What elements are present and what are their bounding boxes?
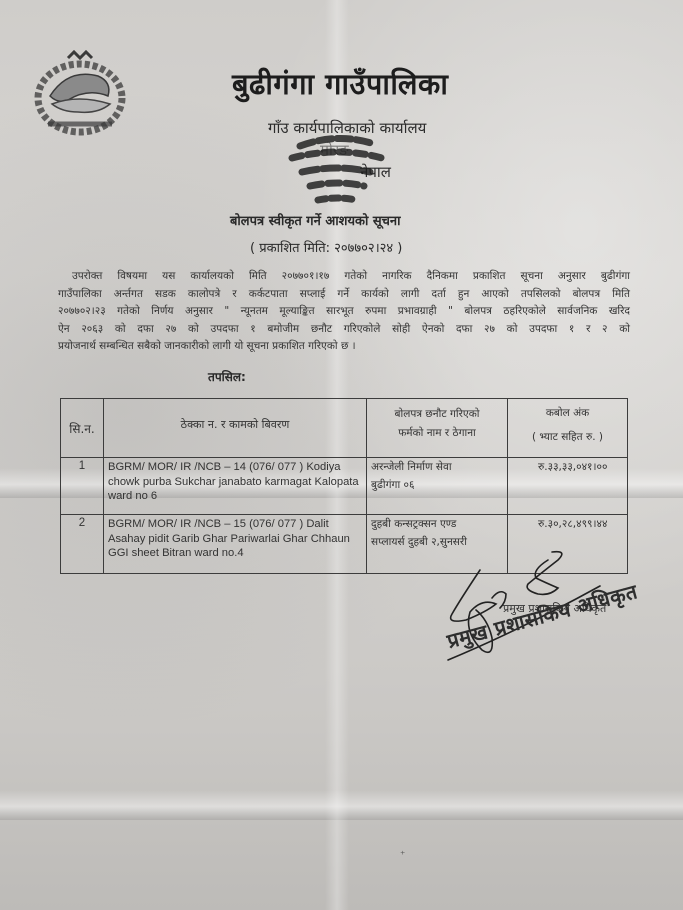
contracts-table: सि.न. ठेक्का न. र कामको बिवरण बोलपत्र छन…	[60, 398, 628, 574]
paper-speck: ⁺	[400, 850, 405, 861]
header-selected-firm: बोलपत्र छनौट गरिएको फर्मको नाम र ठेगाना	[367, 399, 508, 458]
nepal-government-emblem-icon	[28, 48, 132, 140]
cell-contract-description: BGRM/ MOR/ IR /NCB – 15 (076/ 077 ) Dali…	[104, 515, 367, 574]
notice-title: बोलपत्र स्वीकृत गर्ने आशयको सूचना	[230, 211, 401, 229]
notice-body-line: २०७७०२।२३ गतेको निर्णय अनुसार " न्यूनतम …	[58, 303, 630, 321]
cell-bid-amount: रु.३३,३३,०४१।००	[508, 458, 628, 515]
header-contract-description: ठेक्का न. र कामको बिवरण	[104, 399, 367, 458]
schedule-label: तपसिल:	[208, 368, 246, 385]
header-serial-number: सि.न.	[61, 399, 104, 458]
cell-serial-number: 2	[61, 515, 104, 574]
paper-fold-crease	[0, 790, 683, 820]
published-date: ( प्रकाशित मिति: २०७७०२।२४ )	[250, 238, 402, 256]
firm-address: सप्लायर्स दुहबी २,सुनसरी	[371, 533, 503, 551]
header-amount-line: ( भ्याट सहित रु. )	[508, 425, 627, 449]
header-amount-line: कबोल अंक	[508, 401, 627, 425]
office-seal-stamp-icon	[288, 128, 388, 208]
header-firm-line: फर्मको नाम र ठेगाना	[367, 424, 507, 443]
notice-body-line: उपरोक्त विषयमा यस कार्यालयको मिति २०७७०१…	[58, 268, 630, 286]
notice-body-line: प्रयोजनार्थ सम्बन्धित सबैको जानकारीको ला…	[58, 338, 630, 356]
header-firm-line: बोलपत्र छनौट गरिएको	[367, 405, 507, 424]
cell-selected-firm: अरन्जेली निर्माण सेवा बुढीगंगा ०६	[367, 458, 508, 515]
table-row: 1 BGRM/ MOR/ IR /NCB – 14 (076/ 077 ) Ko…	[61, 458, 628, 515]
cell-contract-description: BGRM/ MOR/ IR /NCB – 14 (076/ 077 ) Kodi…	[104, 458, 367, 515]
cell-serial-number: 1	[61, 458, 104, 515]
notice-body: उपरोक्त विषयमा यस कार्यालयको मिति २०७७०१…	[58, 268, 630, 356]
firm-name: दुहबी कन्सट्रक्सन एण्ड	[371, 515, 503, 533]
notice-body-line: गाउँपालिका अर्न्तगत सडक कालोपत्रे र कर्क…	[58, 286, 630, 304]
table-header-row: सि.न. ठेक्का न. र कामको बिवरण बोलपत्र छन…	[61, 399, 628, 458]
header-bid-amount: कबोल अंक ( भ्याट सहित रु. )	[508, 399, 628, 458]
notice-body-line: ऐन २०६३ को दफा २७ को उपदफा १ बमोजीम छनौट…	[58, 321, 630, 339]
municipality-title: बुढीगंगा गाउँपालिका	[232, 64, 448, 103]
firm-address: बुढीगंगा ०६	[371, 476, 503, 494]
firm-name: अरन्जेली निर्माण सेवा	[371, 458, 503, 476]
